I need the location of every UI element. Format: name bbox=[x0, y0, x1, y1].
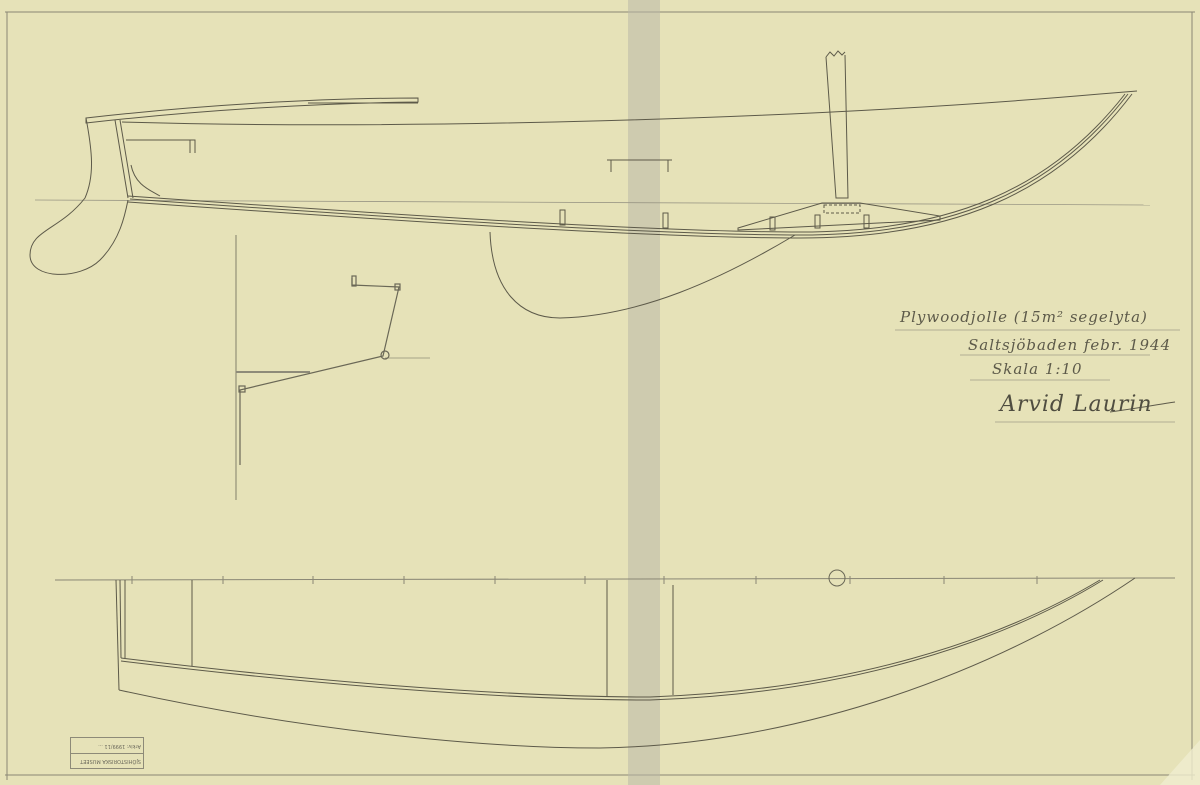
midship-section bbox=[236, 235, 430, 500]
drawing-scale: Skala 1:10 bbox=[992, 360, 1083, 378]
corner-tear bbox=[1160, 740, 1200, 785]
museum-stamp: SJÖHISTORISKA MUSEET Arkiv: 1999/11 ... bbox=[70, 737, 144, 769]
stamp-institution: SJÖHISTORISKA MUSEET bbox=[71, 753, 143, 768]
fold-band bbox=[628, 0, 660, 785]
stamp-archive-label: Arkiv: bbox=[127, 743, 141, 749]
place-date: Saltsjöbaden febr. 1944 bbox=[968, 336, 1171, 354]
stamp-archive: Arkiv: 1999/11 ... bbox=[71, 739, 143, 753]
stamp-archive-number: 1999/11 ... bbox=[98, 743, 125, 749]
half-breadth-plan bbox=[55, 570, 1175, 748]
drawing-sheet: Plywoodjolle (15m² segelyta) Saltsjöbade… bbox=[0, 0, 1200, 785]
profile-view bbox=[30, 51, 1150, 318]
drawing-title: Plywoodjolle (15m² segelyta) bbox=[900, 308, 1148, 326]
signature: Arvid Laurin bbox=[1000, 392, 1153, 417]
title-block: Plywoodjolle (15m² segelyta) Saltsjöbade… bbox=[880, 300, 1190, 440]
